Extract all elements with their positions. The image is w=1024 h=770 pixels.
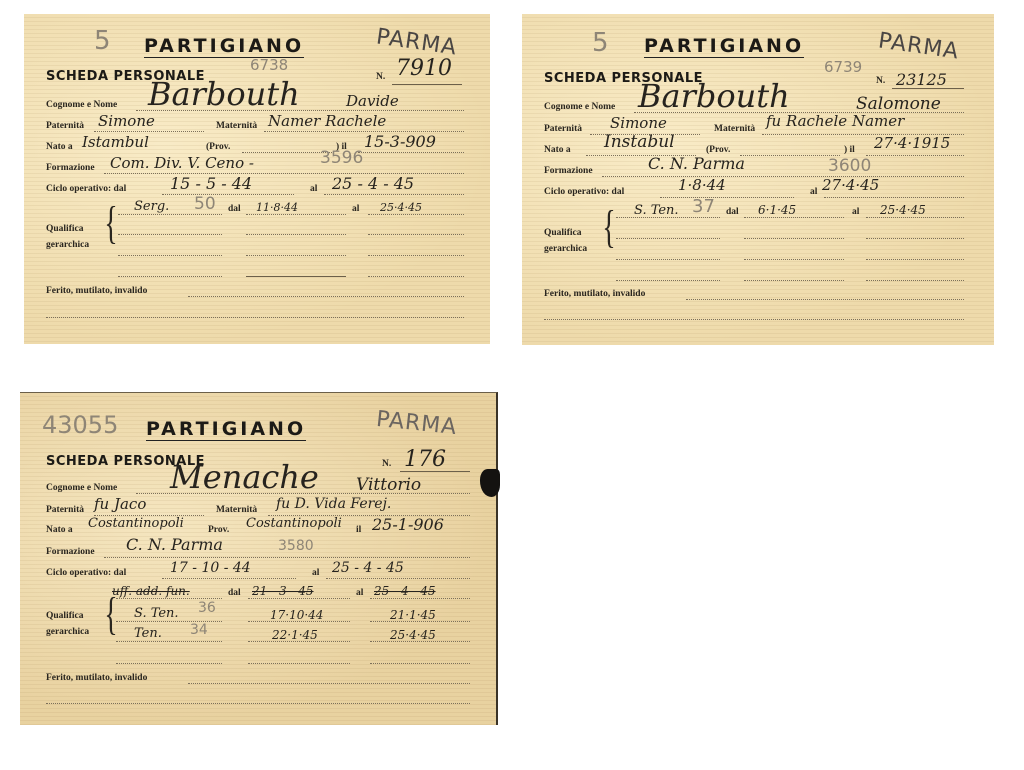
rank-3-from: 22·1·45 xyxy=(272,629,318,641)
paternity-label: Paternità xyxy=(46,505,84,516)
injured-label: Ferito, mutilato, invalido xyxy=(544,289,645,300)
surname: Barbouth xyxy=(638,80,790,112)
rank-1-to-struck: 25 - 4 - 45 xyxy=(374,585,436,597)
rank-label-1: Qualifica xyxy=(544,228,581,239)
rank-1-struck: uff. add. fun. xyxy=(112,585,190,597)
cycle-from: 17 - 10 - 44 xyxy=(170,561,251,575)
rank-3: Ten. xyxy=(134,627,162,640)
cycle-from: 15 - 5 - 44 xyxy=(170,176,252,192)
birth-province: Costantinopoli xyxy=(246,517,342,530)
cycle-from: 1·8·44 xyxy=(678,178,726,193)
cycle-label: Ciclo operativo: dal xyxy=(46,184,126,195)
pencil-file-number: 5 xyxy=(94,28,111,54)
rank-from-label: dal xyxy=(228,588,241,599)
birth-date: 15-3-909 xyxy=(364,134,436,150)
born-label: Nato a xyxy=(544,145,571,156)
date-label: ) il xyxy=(844,145,855,156)
rank-3-pencil: 34 xyxy=(190,623,208,637)
maternity-label: Maternità xyxy=(216,121,257,132)
formation: C. N. Parma xyxy=(126,537,223,553)
rank-1-from: 6·1·45 xyxy=(758,204,796,216)
rank-1-from: 11·8·44 xyxy=(256,202,298,213)
first-name: Davide xyxy=(346,94,399,109)
cycle-label: Ciclo operativo: dal xyxy=(544,187,624,198)
formation-pencil: 3596 xyxy=(320,150,363,167)
pencil-reference: 6738 xyxy=(250,58,288,73)
name-label: Cognome e Nome xyxy=(46,483,117,494)
rank-3-to: 25·4·45 xyxy=(390,629,436,641)
born-label: Nato a xyxy=(46,525,73,536)
formation-label: Formazione xyxy=(544,166,593,177)
paternity-label: Paternità xyxy=(46,121,84,132)
date-label: il xyxy=(356,525,361,536)
surname: Barbouth xyxy=(148,78,300,110)
card-number: 23125 xyxy=(896,72,947,88)
rank-to-label: al xyxy=(852,207,859,218)
rank-1-to: 25·4·45 xyxy=(880,204,926,216)
rank-1-from-struck: 21 - 3 - 45 xyxy=(252,585,314,597)
first-name: Salomone xyxy=(856,96,941,113)
surname: Menache xyxy=(170,461,319,493)
rank-label-1: Qualifica xyxy=(46,611,83,622)
cycle-to-label: al xyxy=(810,187,817,198)
paternity: fu Jaco xyxy=(94,497,146,512)
cycle-to: 25 - 4 - 45 xyxy=(332,176,414,192)
card-number: 176 xyxy=(404,449,446,471)
maternity-label: Maternità xyxy=(714,124,755,135)
number-label: N. xyxy=(382,459,391,470)
rank-label-2: gerarchica xyxy=(46,627,89,638)
rank-label-2: gerarchica xyxy=(46,240,89,251)
rank-1-pencil: 50 xyxy=(194,196,216,213)
rank-2: S. Ten. xyxy=(134,607,179,620)
formation-pencil: 3600 xyxy=(828,158,871,175)
formation: C. N. Parma xyxy=(648,156,745,172)
rank-1: S. Ten. xyxy=(634,204,679,217)
formation-label: Formazione xyxy=(46,547,95,558)
parma-stamp: PARMA xyxy=(375,26,459,59)
pencil-file-number: 43055 xyxy=(42,413,118,437)
ink-blot xyxy=(480,469,500,497)
birthplace: Istambul xyxy=(82,135,149,150)
injured-label: Ferito, mutilato, invalido xyxy=(46,286,147,297)
prov-label: (Prov. xyxy=(206,142,230,153)
parma-stamp: PARMA xyxy=(375,409,458,439)
card-title: PARTIGIANO xyxy=(144,36,304,58)
cycle-to-label: al xyxy=(310,184,317,195)
pencil-file-number: 5 xyxy=(592,30,609,56)
rank-from-label: dal xyxy=(228,204,241,215)
partisan-card-barbouth-davide: 5 PARTIGIANO PARMA SCHEDA PERSONALE 6738… xyxy=(24,14,490,344)
paternity: Simone xyxy=(98,114,155,129)
rank-label-1: Qualifica xyxy=(46,224,83,235)
pencil-reference: 6739 xyxy=(824,60,862,75)
rank-1-pencil: 37 xyxy=(692,198,715,216)
name-label: Cognome e Nome xyxy=(46,100,117,111)
maternity: Namer Rachele xyxy=(268,114,386,129)
card-title: PARTIGIANO xyxy=(644,36,804,58)
formation: Com. Div. V. Ceno - xyxy=(110,156,254,171)
birthplace: Instabul xyxy=(604,134,675,151)
rank-2-from: 17·10·44 xyxy=(270,609,323,621)
formation-pencil: 3580 xyxy=(278,539,314,553)
cycle-to-label: al xyxy=(312,568,319,579)
rank-from-label: dal xyxy=(726,207,739,218)
formation-label: Formazione xyxy=(46,163,95,174)
birth-date: 25-1-906 xyxy=(372,517,444,533)
number-label: N. xyxy=(876,76,885,87)
card-number: 7910 xyxy=(396,58,452,80)
partisan-card-barbouth-salomone: 5 PARTIGIANO PARMA SCHEDA PERSONALE 6739… xyxy=(522,14,994,345)
number-label: N. xyxy=(376,72,385,83)
cycle-label: Ciclo operativo: dal xyxy=(46,568,126,579)
rank-2-to: 21·1·45 xyxy=(390,609,436,621)
maternity: fu Rachele Namer xyxy=(766,114,904,129)
born-label: Nato a xyxy=(46,142,73,153)
birthplace: Costantinopoli xyxy=(88,517,184,530)
maternity-label: Maternità xyxy=(216,505,257,516)
rank-label-2: gerarchica xyxy=(544,244,587,255)
rank-to-label: al xyxy=(352,204,359,215)
parma-stamp: PARMA xyxy=(877,30,961,63)
name-label: Cognome e Nome xyxy=(544,102,615,113)
partisan-card-menache-vittorio: 43055 PARTIGIANO PARMA SCHEDA PERSONALE … xyxy=(20,392,498,725)
rank-1-to: 25·4·45 xyxy=(380,202,422,213)
paternity: Simone xyxy=(610,116,667,131)
maternity: fu D. Vida Ferej. xyxy=(276,497,391,511)
cycle-to: 25 - 4 - 45 xyxy=(332,561,404,575)
rank-2-pencil: 36 xyxy=(198,601,216,615)
birth-date: 27·4·1915 xyxy=(874,136,950,151)
card-title: PARTIGIANO xyxy=(146,419,306,441)
first-name: Vittorio xyxy=(356,477,421,494)
injured-label: Ferito, mutilato, invalido xyxy=(46,673,147,684)
rank-to-label: al xyxy=(356,588,363,599)
paternity-label: Paternità xyxy=(544,124,582,135)
cycle-to: 27·4·45 xyxy=(822,178,879,193)
rank-1: Serg. xyxy=(134,200,169,213)
